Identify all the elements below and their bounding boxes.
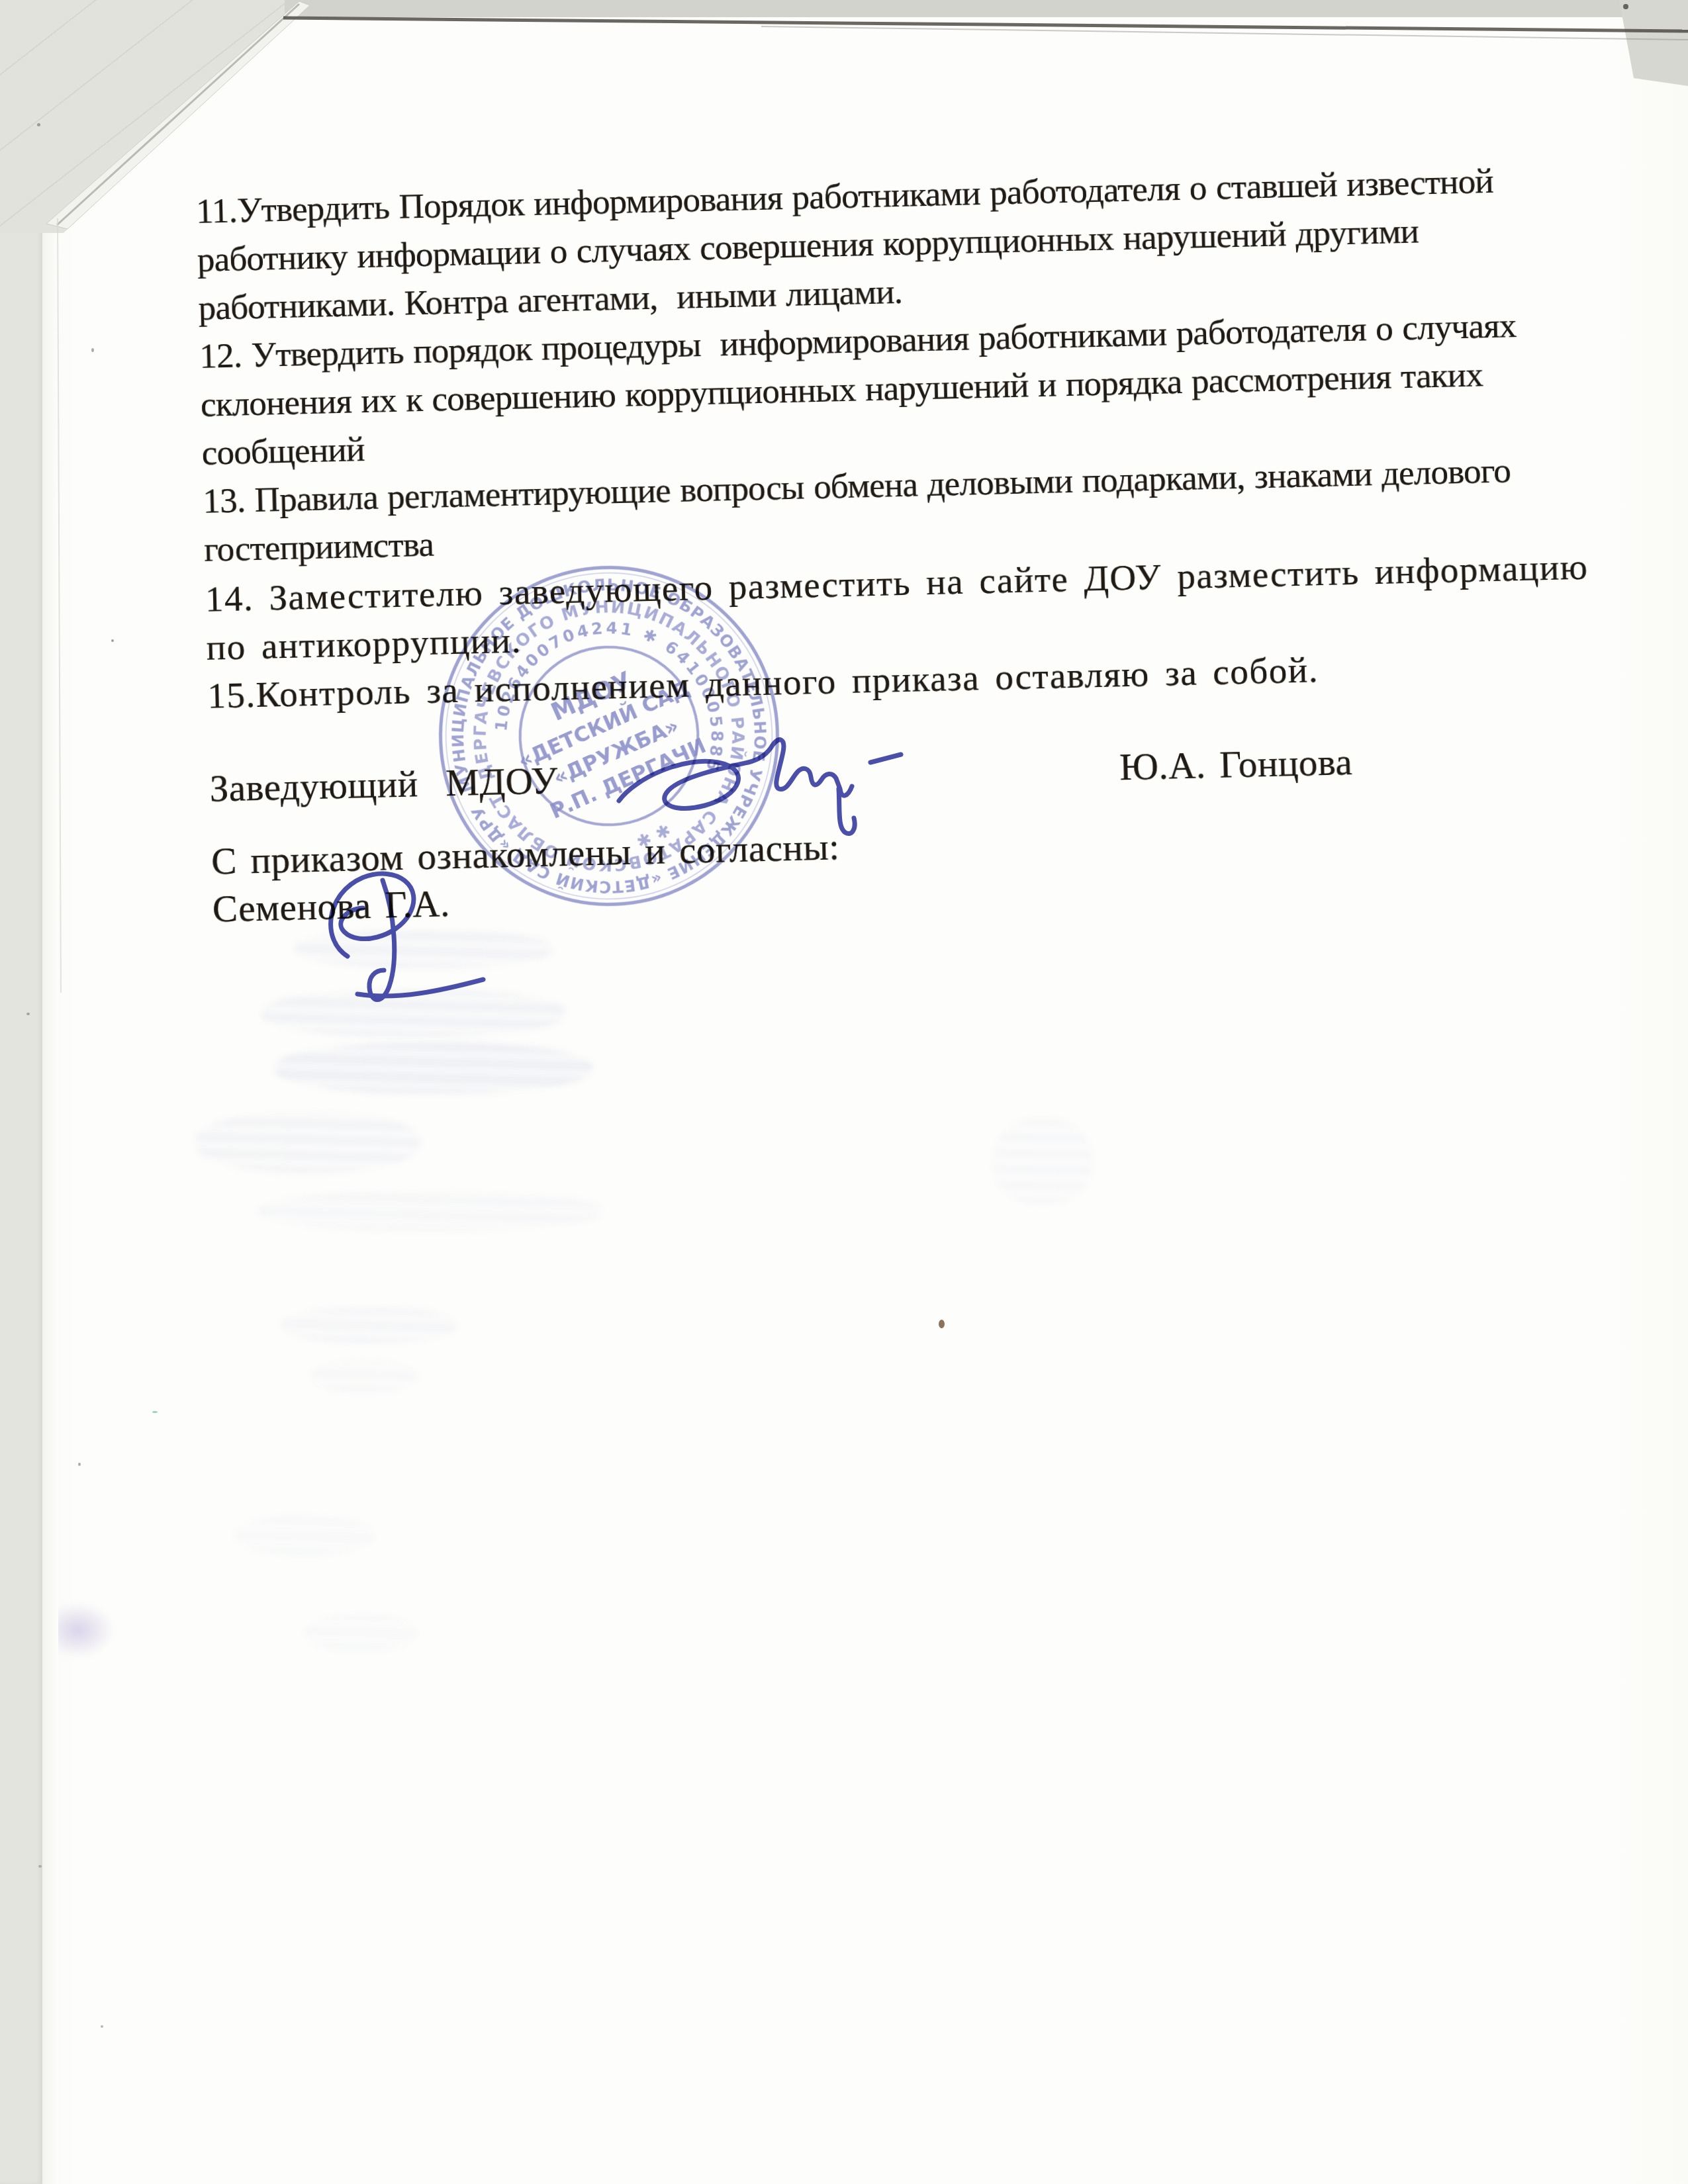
dust-speck [78,1463,81,1466]
signature-semenova [285,847,503,1013]
dust-speck [1623,4,1628,9]
under-sheet-edge [42,218,58,2184]
bleed-through-smudge [235,1516,374,1555]
bleed-through-smudge [195,1112,420,1173]
dust-speck [101,2025,103,2028]
scanner-edge-bottom [0,2177,1688,2184]
document-line: работниками. Контра агентами, иными лица… [198,272,903,328]
dust-speck [38,1865,42,1868]
scanner-edge-left [0,0,43,2184]
scanner-edge-top [285,0,1688,17]
document-line: 13. Правила регламентирующие вопросы обм… [203,451,1511,522]
dust-speck [26,1013,30,1015]
bleed-through-smudge [993,1118,1092,1205]
dust-speck [37,123,40,126]
document-line: сообщений [201,430,365,473]
scanned-document: 11.Утвердить Порядок информирования рабо… [0,0,1688,2184]
document-line: гостеприимства [204,525,434,570]
signer-name: Ю.А. Гонцова [1119,741,1353,789]
bleed-through-smudge [258,1191,602,1231]
bleed-through-smudge [305,1615,417,1651]
dust-speck [91,348,94,352]
dust-speck [111,639,114,642]
bleed-through-smudge [281,1307,457,1343]
signature-gontsova [606,721,910,854]
bleed-through-smudge [311,1360,417,1393]
dust-speck [152,1411,158,1413]
dust-speck [939,1320,945,1328]
